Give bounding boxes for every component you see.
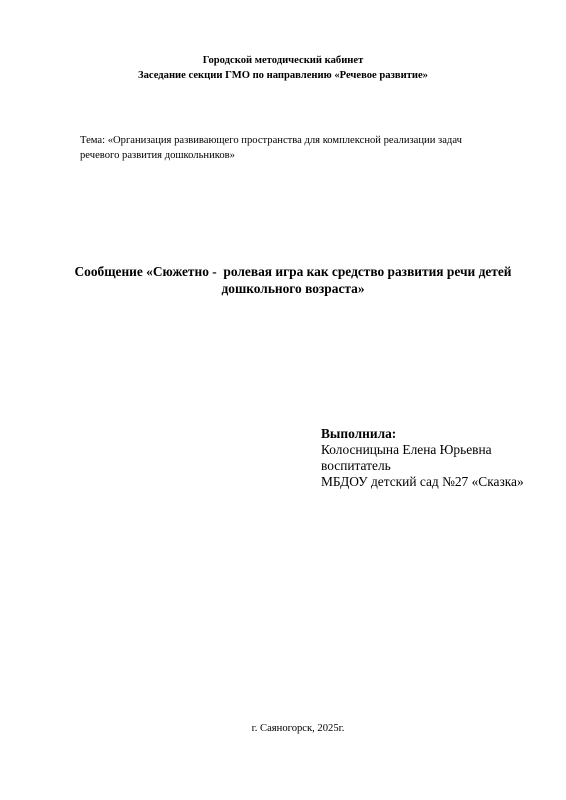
topic-line-1: Тема: «Организация развивающего простран…: [80, 133, 520, 148]
header-section: Заседание секции ГМО по направлению «Реч…: [0, 68, 566, 83]
author-name: Колосницына Елена Юрьевна: [321, 442, 561, 458]
city-year: г. Саяногорск, 2025г.: [0, 721, 566, 736]
author-position: воспитатель: [321, 458, 561, 474]
document-page: Городской методический кабинет Заседание…: [0, 0, 566, 800]
header-institution: Городской методический кабинет: [0, 53, 566, 68]
topic-line-2: речевого развития дошкольников»: [80, 148, 520, 163]
author-block: Выполнила: Колосницына Елена Юрьевна вос…: [321, 426, 561, 490]
author-organization: МБДОУ детский сад №27 «Сказка»: [321, 474, 561, 490]
topic-block: Тема: «Организация развивающего простран…: [80, 133, 520, 163]
author-label: Выполнила:: [321, 426, 561, 442]
message-title-line-1: Сообщение «Сюжетно - ролевая игра как ср…: [60, 264, 526, 281]
message-title: Сообщение «Сюжетно - ролевая игра как ср…: [60, 264, 526, 297]
message-title-line-2: дошкольного возраста»: [60, 281, 526, 298]
